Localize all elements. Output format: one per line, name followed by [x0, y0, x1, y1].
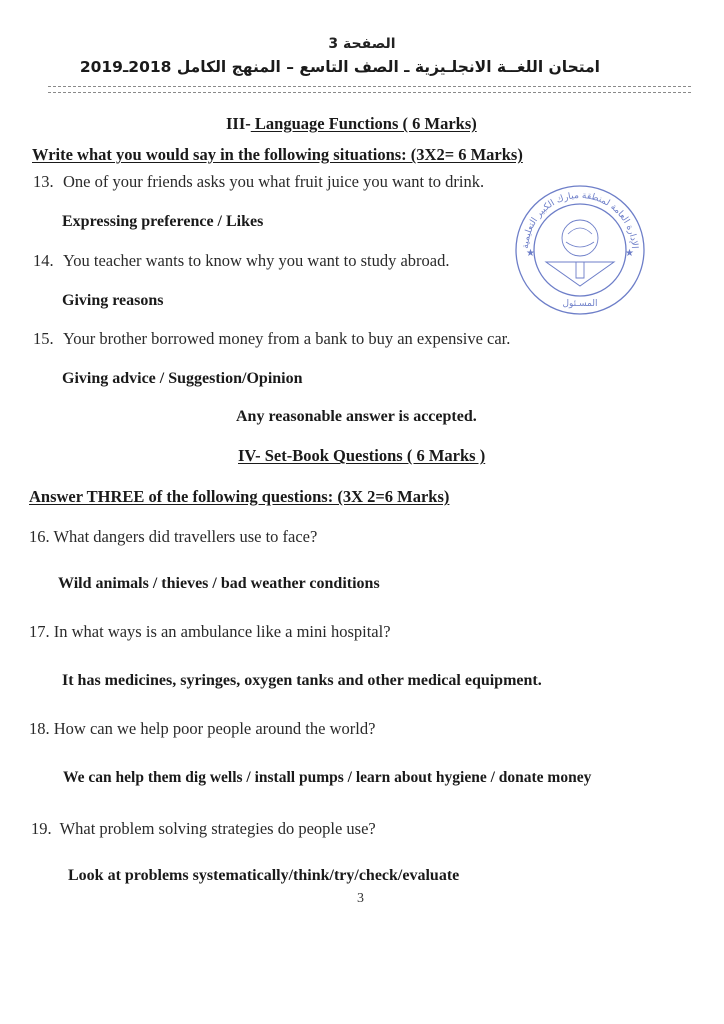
question-number: 13.: [33, 172, 63, 192]
stamp-bottom-text: المسـئول: [562, 299, 597, 309]
section-3-instruction: Write what you would say in the followin…: [32, 145, 523, 165]
question-15: 15.Your brother borrowed money from a ba…: [33, 329, 510, 349]
answer-14: Giving reasons: [62, 292, 164, 310]
question-text: In what ways is an ambulance like a mini…: [54, 622, 391, 641]
question-number: 16.: [29, 527, 50, 546]
question-text: One of your friends asks you what fruit …: [63, 172, 484, 191]
section-3-heading: III- Language Functions ( 6 Marks): [226, 114, 477, 134]
section-4-heading: IV- Set-Book Questions ( 6 Marks ): [238, 446, 485, 466]
page-label: الصفحة 3: [0, 36, 724, 52]
answer-13: Expressing preference / Likes: [62, 213, 263, 231]
question-text: You teacher wants to know why you want t…: [63, 251, 449, 270]
section-4-instruction: Answer THREE of the following questions:…: [29, 487, 449, 507]
official-seal-stamp-icon: ★ ★ الإدارة العامة لمنطقة مبارك الكبير ا…: [512, 182, 648, 318]
question-text: How can we help poor people around the w…: [54, 719, 376, 738]
section-3-prefix: III-: [226, 114, 251, 133]
section-4-title: IV- Set-Book Questions ( 6 Marks ): [238, 446, 485, 465]
question-14: 14.You teacher wants to know why you wan…: [33, 251, 449, 271]
question-16: 16. What dangers did travellers use to f…: [29, 527, 317, 547]
page-number: 3: [357, 891, 364, 907]
answer-16: Wild animals / thieves / bad weather con…: [58, 575, 380, 593]
acceptance-note: Any reasonable answer is accepted.: [236, 408, 477, 426]
header-separator: [48, 86, 691, 93]
question-number: 18.: [29, 719, 50, 738]
exam-title: امتحان اللغــة الانجلـيزية ـ الصف التاسع…: [140, 58, 600, 76]
question-13: 13.One of your friends asks you what fru…: [33, 172, 484, 192]
svg-text:★: ★: [526, 248, 535, 259]
question-19: 19. What problem solving strategies do p…: [31, 819, 376, 839]
answer-15: Giving advice / Suggestion/Opinion: [62, 370, 303, 388]
section-3-title: Language Functions ( 6 Marks): [251, 114, 477, 133]
answer-19: Look at problems systematically/think/tr…: [68, 867, 459, 885]
question-text: Your brother borrowed money from a bank …: [63, 329, 510, 348]
answer-17: It has medicines, syringes, oxygen tanks…: [62, 672, 542, 690]
question-text: What dangers did travellers use to face?: [53, 527, 317, 546]
question-text: What problem solving strategies do peopl…: [60, 819, 376, 838]
question-18: 18. How can we help poor people around t…: [29, 719, 375, 739]
question-number: 14.: [33, 251, 63, 271]
question-number: 19.: [31, 819, 52, 838]
question-number: 17.: [29, 622, 50, 641]
question-number: 15.: [33, 329, 63, 349]
svg-text:★: ★: [625, 248, 634, 259]
answer-18: We can help them dig wells / install pum…: [63, 769, 591, 787]
question-17: 17. In what ways is an ambulance like a …: [29, 622, 391, 642]
